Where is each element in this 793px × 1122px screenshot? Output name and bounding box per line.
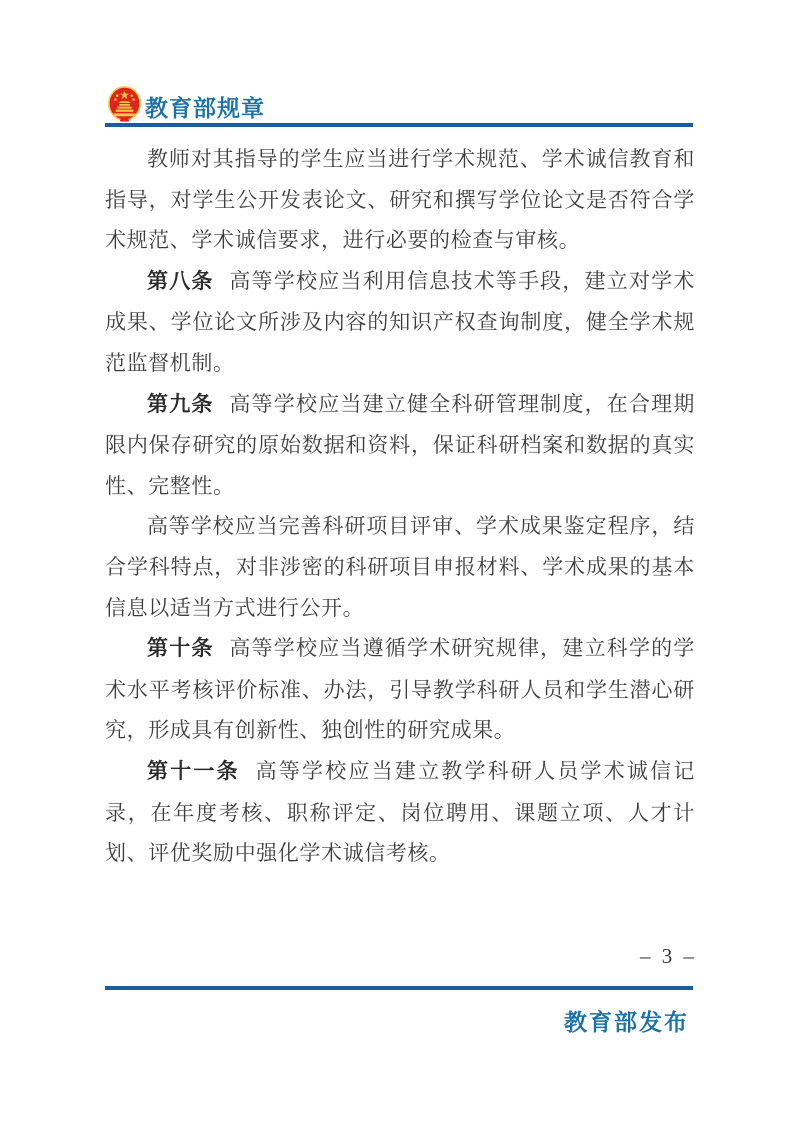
header-divider xyxy=(105,123,693,127)
body-paragraph: 教师对其指导的学生应当进行学术规范、学术诚信教育和指导，对学生公开发表论文、研究… xyxy=(105,139,695,261)
article-number-label: 第十条 xyxy=(147,637,214,660)
body-paragraph: 第八条高等学校应当利用信息技术等手段，建立对学术成果、学位论文所涉及内容的知识产… xyxy=(105,261,695,384)
article-number-label: 第八条 xyxy=(147,270,214,293)
body-paragraph: 第十条高等学校应当遵循学术研究规律，建立科学的学术水平考核评价标准、办法，引导教… xyxy=(105,628,695,751)
article-number-label: 第十一条 xyxy=(147,760,240,783)
national-emblem-icon xyxy=(108,86,141,123)
page-title: 教育部规章 xyxy=(145,90,265,123)
document-body: 教师对其指导的学生应当进行学术规范、学术诚信教育和指导，对学生公开发表论文、研究… xyxy=(105,139,695,874)
publisher-label: 教育部发布 xyxy=(564,1004,689,1037)
body-paragraph: 第十一条高等学校应当建立教学科研人员学术诚信记录，在年度考核、职称评定、岗位聘用… xyxy=(105,751,695,874)
body-paragraph: 第九条高等学校应当建立健全科研管理制度，在合理期限内保存研究的原始数据和资料，保… xyxy=(105,384,695,507)
paragraph-text: 教师对其指导的学生应当进行学术规范、学术诚信教育和指导，对学生公开发表论文、研究… xyxy=(105,147,695,252)
body-paragraph: 高等学校应当完善科研项目评审、学术成果鉴定程序，结合学科特点，对非涉密的科研项目… xyxy=(105,506,695,628)
article-number-label: 第九条 xyxy=(147,393,214,416)
footer-divider xyxy=(105,986,693,990)
page-number: – 3 – xyxy=(640,944,697,969)
paragraph-text: 高等学校应当完善科研项目评审、学术成果鉴定程序，结合学科特点，对非涉密的科研项目… xyxy=(105,514,695,619)
document-page: 教育部规章 教师对其指导的学生应当进行学术规范、学术诚信教育和指导，对学生公开发… xyxy=(0,0,793,1122)
